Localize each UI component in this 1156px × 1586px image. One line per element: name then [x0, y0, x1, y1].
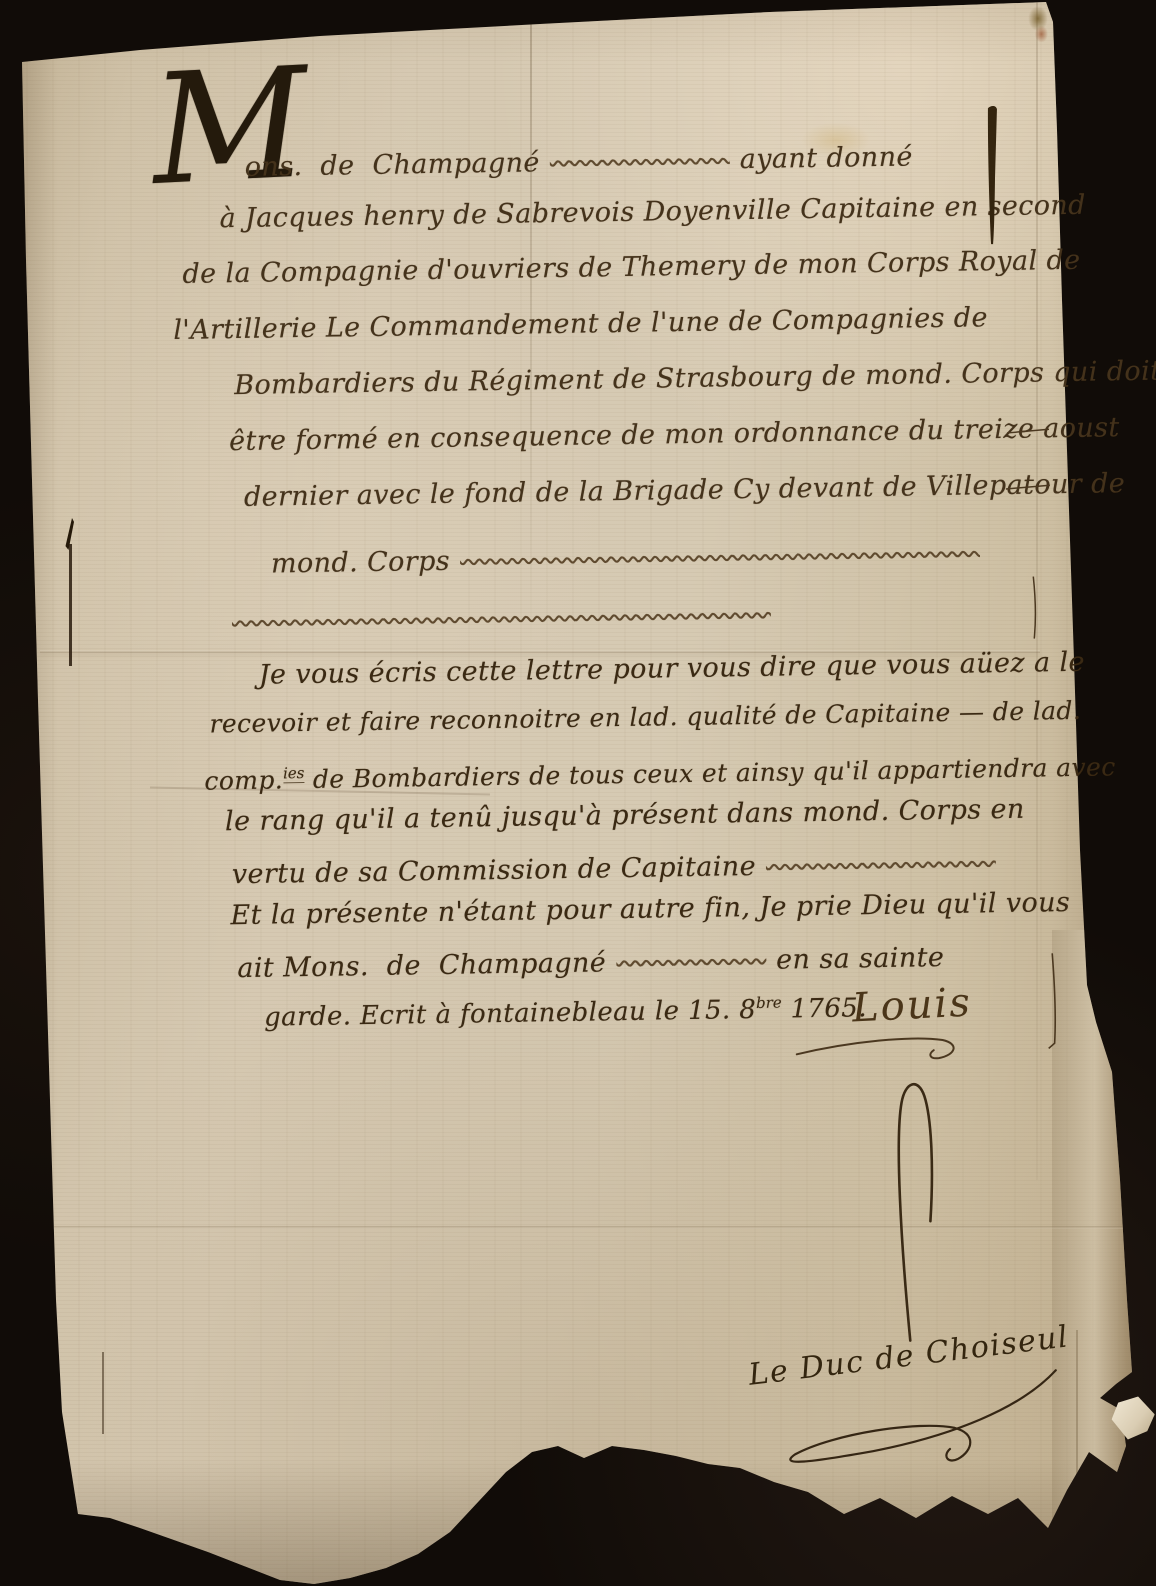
manuscript-line: Je vous écris cette lettre pour vous dir…: [258, 646, 1085, 693]
line-text: ait Mons. de Champagné: [237, 947, 606, 984]
manuscript-line: de la Compagnie d'ouvriers de Themery de…: [182, 244, 1081, 292]
handwriting-layer: M ons. de Champagnéayant donné à Jacques…: [0, 0, 1156, 1586]
manuscript-line: dernier avec le fond de la Brigade Cy de…: [244, 467, 1126, 515]
margin-rule-stroke: [1047, 953, 1056, 1048]
manuscript-line: l'Artillerie Le Commandement de l'une de…: [173, 301, 988, 348]
line-text: vertu de sa Commission de Capitaine: [232, 851, 757, 890]
line-text: ayant donné: [740, 141, 913, 175]
manuscript-line: vertu de sa Commission de Capitaine: [232, 840, 997, 892]
choiseul-paraph-flourish: [789, 1370, 1057, 1463]
manuscript-line: Et la présente n'étant pour autre fin, J…: [230, 886, 1070, 933]
louis-underline-flourish: [797, 1038, 954, 1061]
line-text: de Bombardiers de tous ceux et ainsy qu'…: [304, 752, 1116, 794]
manuscript-line: le rang qu'il a tenû jusqu'à présent dan…: [225, 793, 1025, 840]
manuscript-line: comp.ies de Bombardiers de tous ceux et …: [204, 743, 1116, 798]
manuscript-line: ons. de Champagnéayant donné: [244, 134, 913, 185]
line-text: garde. Ecrit à fontainebleau le 15. 8: [264, 995, 757, 1033]
line-text: comp.: [204, 765, 283, 795]
pen-flourish: [232, 588, 1022, 631]
photo-scene: M ons. de Champagnéayant donné à Jacques…: [0, 0, 1156, 1586]
pen-flourish: [616, 938, 766, 971]
line-text: mond. Corps: [271, 546, 451, 580]
signature-louis: Louis: [851, 980, 973, 1032]
line-text: ons. de Champagné: [245, 147, 541, 183]
manuscript-line: recevoir et faire reconnoitre en lad. qu…: [209, 694, 1081, 742]
pen-flourish: [766, 840, 996, 875]
manuscript-line: ait Mons. de Champagnéen sa sainte: [237, 935, 945, 986]
manuscript-line: mond. Corps: [271, 530, 981, 581]
manuscript-line: Bombardiers du Régiment de Strasbourg de…: [234, 355, 1156, 404]
pen-flourish: [460, 530, 980, 569]
manuscript-line: être formé en consequence de mon ordonna…: [229, 411, 1120, 459]
manuscript-line: à Jacques henry de Sabrevois Doyenville …: [219, 189, 1086, 237]
signature-choiseul: Le Duc de Choiseul: [747, 1319, 1071, 1392]
superscript-abbreviation: ies: [283, 764, 305, 783]
hairpin-flourish: [898, 1084, 935, 1341]
superscript-abbreviation: bre: [756, 994, 782, 1012]
pen-flourish: [549, 137, 729, 171]
manuscript-line: [232, 588, 1023, 640]
squiggle-row-tail: [1033, 577, 1035, 639]
manuscript-line: garde. Ecrit à fontainebleau le 15. 8bre…: [264, 984, 867, 1034]
line-text: en sa sainte: [776, 942, 945, 976]
